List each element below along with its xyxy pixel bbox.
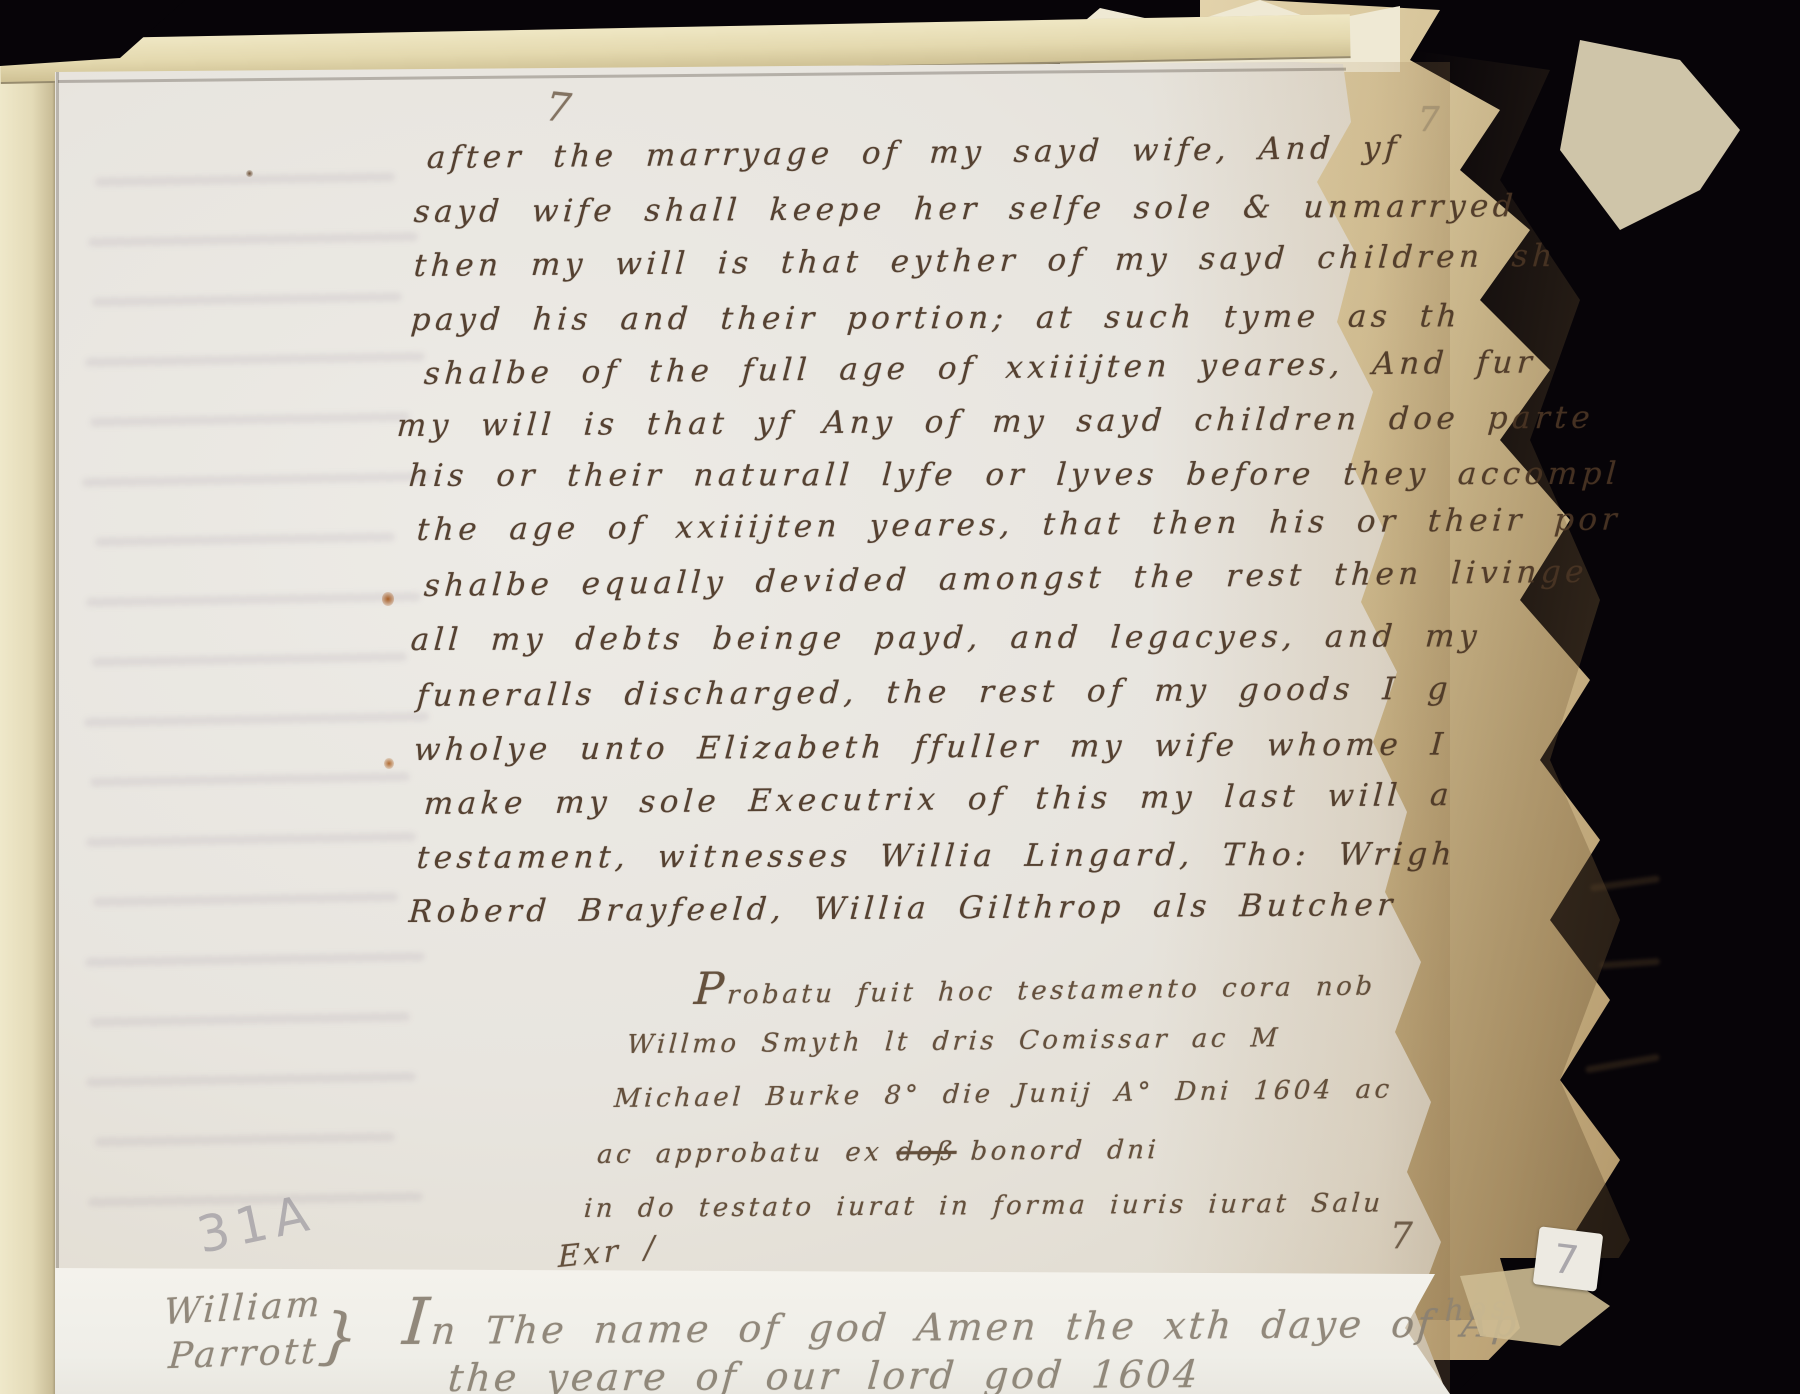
will-text-line-12: wholye unto Elizabeth ffuller my wife wh… <box>413 727 1449 768</box>
foxing-stain <box>384 758 394 769</box>
will-text-line-7: his or their naturall lyfe or lyves befo… <box>408 456 1622 494</box>
probate-line-4-pre: ac approbatu ex <box>596 1138 883 1171</box>
probate-struck-word: doß <box>896 1137 958 1168</box>
will-text-line-2: sayd wife shall keepe her selfe sole & u… <box>413 188 1519 230</box>
probate-line-4-post: bonord dni <box>970 1135 1161 1167</box>
manuscript-photo: 7 7 after the marryage of my sayd wife, … <box>0 0 1800 1394</box>
next-entry-opening-line: In The name of god Amen the xth daye of … <box>401 1292 1589 1353</box>
book-spine-edge <box>0 34 58 1394</box>
foxing-stain <box>382 592 394 606</box>
fray-ink-trace <box>1600 958 1660 969</box>
will-text-line-11: funeralls discharged, the rest of my goo… <box>416 671 1453 714</box>
will-text-line-10: all my debts beinge payd, and legacyes, … <box>410 618 1483 658</box>
folio-number-top-right: 7 <box>1418 100 1444 140</box>
probate-line-4: ac approbatu exdoßbonord dni <box>596 1135 1160 1170</box>
probate-line-5: in do testato iurat in forma iuris iurat… <box>583 1188 1384 1224</box>
margin-testator-name-1: William <box>163 1284 324 1333</box>
will-text-line-15: Roberd Brayfeeld, Willia Gilthrop als Bu… <box>408 887 1398 930</box>
will-text-line-14: testament, witnesses Willia Lingard, Tho… <box>416 836 1458 876</box>
will-text-line-4: payd his and their portion; at such tyme… <box>410 298 1463 338</box>
folio-number-bottom-ink: 7 <box>1390 1216 1417 1257</box>
next-entry-second-line: the yeare of our lord god 1604 <box>446 1352 1202 1394</box>
margin-brace: } <box>316 1298 366 1375</box>
margin-testator-name-2: Parrott <box>167 1331 320 1377</box>
spine-seam <box>56 72 59 1272</box>
paper-fragment <box>1560 40 1740 230</box>
fray-ink-trace <box>1585 1054 1660 1074</box>
ink-speck <box>246 170 253 177</box>
pen-trial-mark: 7 <box>543 84 578 133</box>
